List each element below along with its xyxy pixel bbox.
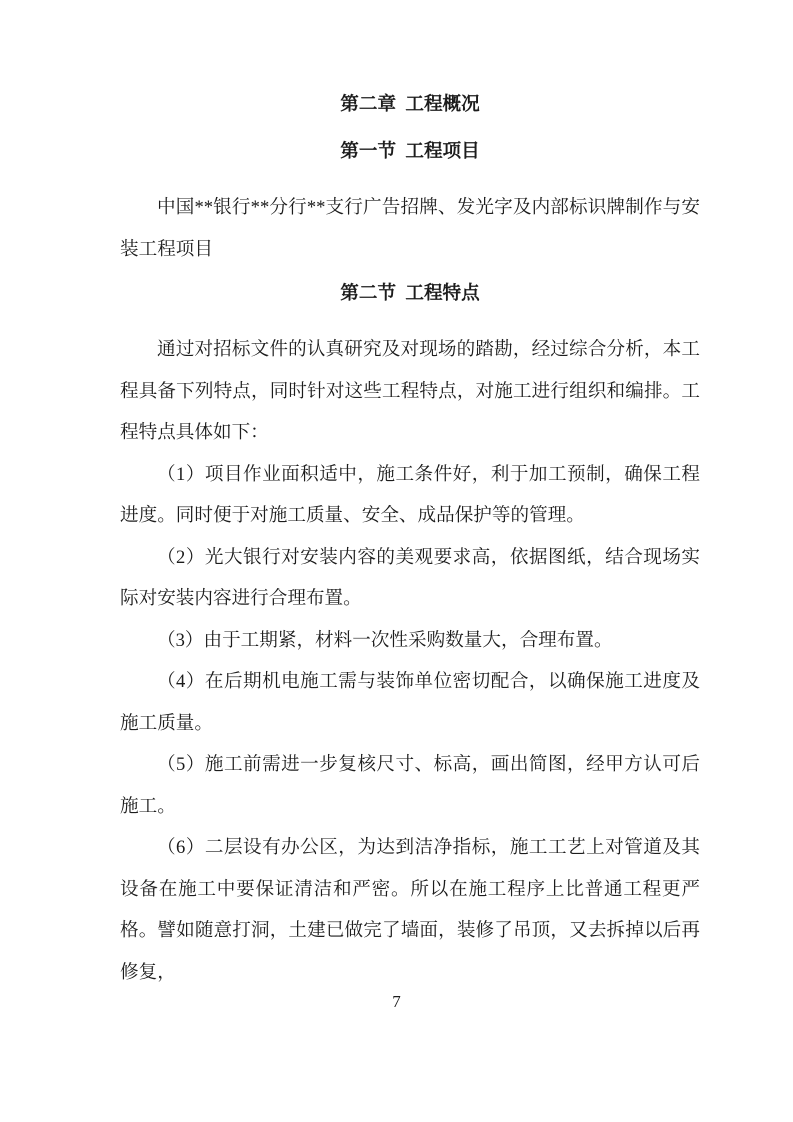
paragraph-project-name: 中国**银行**分行**支行广告招牌、发光字及内部标识牌制作与安装工程项目 [120, 187, 700, 270]
document-content: 第二章 工程概况 第一节 工程项目 中国**银行**分行**支行广告招牌、发光字… [120, 81, 700, 993]
paragraph-feature-3: （3）由于工期紧，材料一次性采购数量大，合理布置。 [120, 620, 700, 662]
paragraph-intro: 通过对招标文件的认真研究及对现场的踏勘，经过综合分析，本工程具备下列特点，同时针… [120, 329, 700, 454]
page-number: 7 [0, 991, 793, 1013]
document-page: 第二章 工程概况 第一节 工程项目 中国**银行**分行**支行广告招牌、发光字… [0, 0, 793, 1122]
chapter-heading: 第二章 工程概况 [120, 81, 700, 128]
paragraph-feature-5: （5）施工前需进一步复核尺寸、标高，画出简图，经甲方认可后施工。 [120, 744, 700, 827]
paragraph-feature-1: （1）项目作业面积适中，施工条件好，利于加工预制，确保工程进度。同时便于对施工质… [120, 454, 700, 537]
paragraph-feature-2: （2）光大银行对安装内容的美观要求高，依据图纸，结合现场实际对安装内容进行合理布… [120, 537, 700, 620]
section-heading-2: 第二节 工程特点 [120, 270, 700, 317]
paragraph-feature-4: （4）在后期机电施工需与装饰单位密切配合，以确保施工进度及施工质量。 [120, 661, 700, 744]
paragraph-feature-6: （6）二层设有办公区，为达到洁净指标，施工工艺上对管道及其设备在施工中要保证清洁… [120, 827, 700, 993]
section-heading-1: 第一节 工程项目 [120, 128, 700, 175]
